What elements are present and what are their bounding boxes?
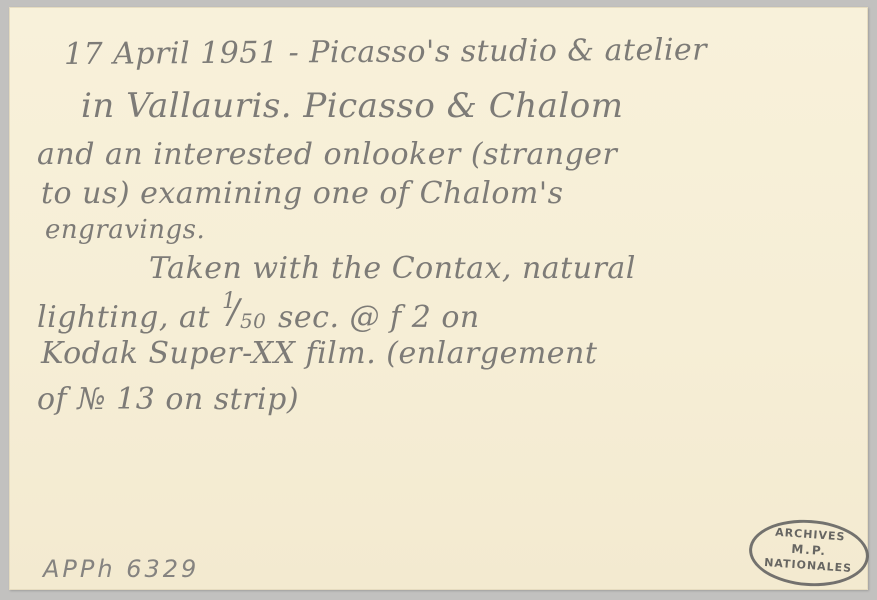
exposure-denominator: 50 [240, 311, 266, 331]
handwritten-line-7-text: lighting, at [37, 300, 210, 335]
handwritten-line-7: lighting, at 1 / 50 sec. @ f 2 on [37, 297, 480, 333]
fraction-slash: / [228, 295, 240, 329]
note-card: 17 April 1951 - Picasso's studio & ateli… [9, 7, 868, 590]
handwritten-line-1: 17 April 1951 - Picasso's studio & ateli… [64, 36, 707, 70]
handwritten-line-3: and an interested onlooker (stranger [37, 140, 617, 170]
handwritten-line-2: in Vallauris. Picasso & Chalom [81, 89, 623, 123]
catalog-number: APPh 6329 [43, 555, 199, 583]
handwritten-line-6: Taken with the Contax, natural [149, 254, 636, 284]
exposure-fraction: 1 / 50 [220, 297, 254, 327]
handwritten-line-4: to us) examining one of Chalom's [41, 179, 563, 209]
handwritten-line-8: Kodak Super-XX film. (enlargement [41, 339, 597, 369]
handwritten-line-5: engravings. [45, 217, 205, 243]
handwritten-line-9: of № 13 on strip) [37, 385, 299, 415]
archives-stamp: ARCHIVES M.P. NATIONALES [747, 516, 871, 590]
handwritten-line-7-rest: sec. @ f 2 on [278, 300, 480, 335]
